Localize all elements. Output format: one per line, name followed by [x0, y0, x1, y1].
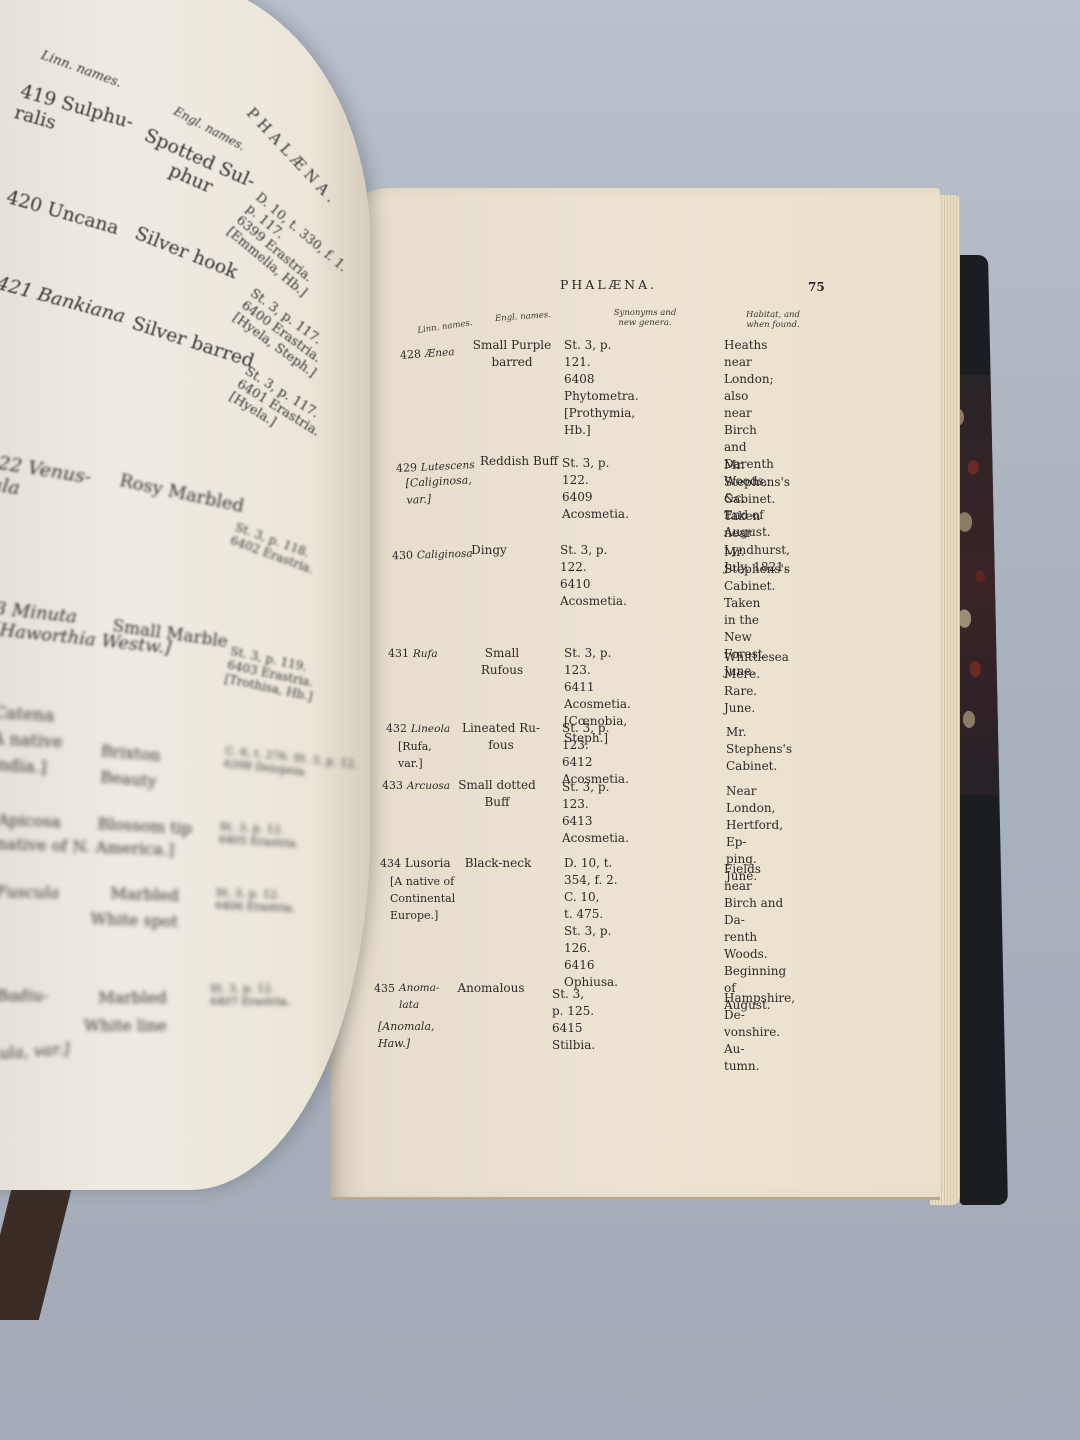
- page-number: 75: [808, 280, 825, 294]
- entry-number: 432: [386, 722, 407, 735]
- table-row: 428 Ænea Small Purple barred St. 3, p. 1…: [400, 337, 455, 363]
- linnaean-name: Ænea: [424, 346, 455, 360]
- linnaean-synonym: [Caliginosa, var.]: [405, 471, 475, 509]
- table-row: 430 Caliginosa Dingy St. 3, p. 122. 6410…: [392, 542, 473, 564]
- english-name: Small Rufous: [462, 645, 542, 679]
- linnaean-name: Lusoria: [405, 856, 451, 870]
- table-row: 433 Arcuosa Small dotted Buff St. 3, p. …: [382, 777, 450, 795]
- entry-number: 429: [396, 461, 418, 475]
- habitat: Whittlesea Mere. Rare. June.: [724, 649, 789, 717]
- synonyms: St. 3, p. 122. 6409 Acosmetia.: [562, 455, 629, 523]
- linnaean-synonym: [A native of Continental Europe.]: [390, 873, 455, 924]
- entry-number: 435: [374, 980, 395, 1014]
- entry-number: 433: [382, 779, 403, 792]
- linnaean-synonym: [Rufa, var.]: [398, 738, 450, 772]
- entry-number: 431: [388, 647, 409, 660]
- synonyms: St. 3, p. 121. 6408 Phytometra. [Prothym…: [564, 337, 639, 439]
- english-name: Reddish Buff: [474, 453, 564, 470]
- english-name: Small Purple barred: [472, 337, 552, 371]
- english-name: Lineated Ru- fous: [458, 720, 544, 754]
- running-head: PHALÆNA.: [560, 277, 657, 292]
- entry-number: 428: [400, 347, 422, 361]
- synonyms: St. 3, p. 123. 6412 Acosmetia.: [562, 720, 629, 788]
- left-entry-engl: Marbled White line: [84, 984, 167, 1040]
- entry-number: 434: [380, 857, 401, 870]
- english-name: Anomalous: [454, 980, 528, 997]
- linnaean-name: Rufa: [413, 648, 438, 660]
- habitat: Mr. Stephens's Cabinet.: [726, 724, 792, 775]
- synonyms: St. 3, p. 125. 6415 Stilbia.: [552, 986, 595, 1054]
- table-row: 435Anoma- lata [Anomala, Haw.] Anomalous…: [374, 980, 439, 1014]
- english-name: Black-neck: [458, 855, 538, 872]
- left-entry-synonyms: St. 3, p. 12. 6407 Erastria.: [210, 982, 290, 1008]
- table-row: 429 Lutescens [Caliginosa, var.] Reddish…: [396, 455, 475, 476]
- page-bottom-edge: [330, 1197, 940, 1200]
- entry-number: 430: [392, 549, 413, 563]
- left-entry-linn: Fuscula: [0, 882, 60, 902]
- english-name: Small dotted Buff: [454, 777, 540, 811]
- linnaean-name: Lineola: [411, 723, 450, 735]
- linnaean-name: Arcuosa: [407, 780, 450, 792]
- column-header-habitat: Habitat, and when found.: [728, 310, 818, 330]
- left-entry-synonyms: St. 3, p. 12. 6406 Erastria.: [215, 886, 296, 915]
- left-entry-engl: Marbled White spot: [90, 880, 179, 935]
- left-entry-linn: Catena A native India.]: [0, 700, 65, 782]
- left-entry-engl: Brixton Beauty: [97, 738, 161, 795]
- column-header-synonyms: Synonyms and new genera.: [590, 308, 700, 328]
- synonyms: St. 3, p. 123. 6413 Acosmetia.: [562, 779, 629, 847]
- left-entry-synonyms: St. 3, p. 12. 6405 Erastria.: [219, 820, 300, 850]
- linnaean-synonym: [Anomala, Haw.]: [378, 1018, 439, 1052]
- table-row: 431 Rufa Small Rufous St. 3, p. 123. 641…: [388, 645, 438, 663]
- table-row: 432 Lineola [Rufa, var.] Lineated Ru- fo…: [386, 720, 450, 738]
- left-entry-linn: Badiu-: [0, 986, 48, 1005]
- photo-scene: PHALÆNA. 75 Linn. names. Engl. names. Sy…: [0, 0, 1080, 1440]
- linnaean-name: Anoma- lata: [399, 980, 439, 1014]
- table-row: 434 Lusoria [A native of Continental Eur…: [380, 855, 451, 872]
- synonyms: D. 10, t. 354, f. 2. C. 10, t. 475. St. …: [564, 855, 618, 991]
- synonyms: St. 3, p. 122. 6410 Acosmetia.: [560, 542, 627, 610]
- habitat: Hampshire, De- vonshire. Au- tumn.: [724, 990, 795, 1075]
- english-name: Dingy: [464, 542, 514, 559]
